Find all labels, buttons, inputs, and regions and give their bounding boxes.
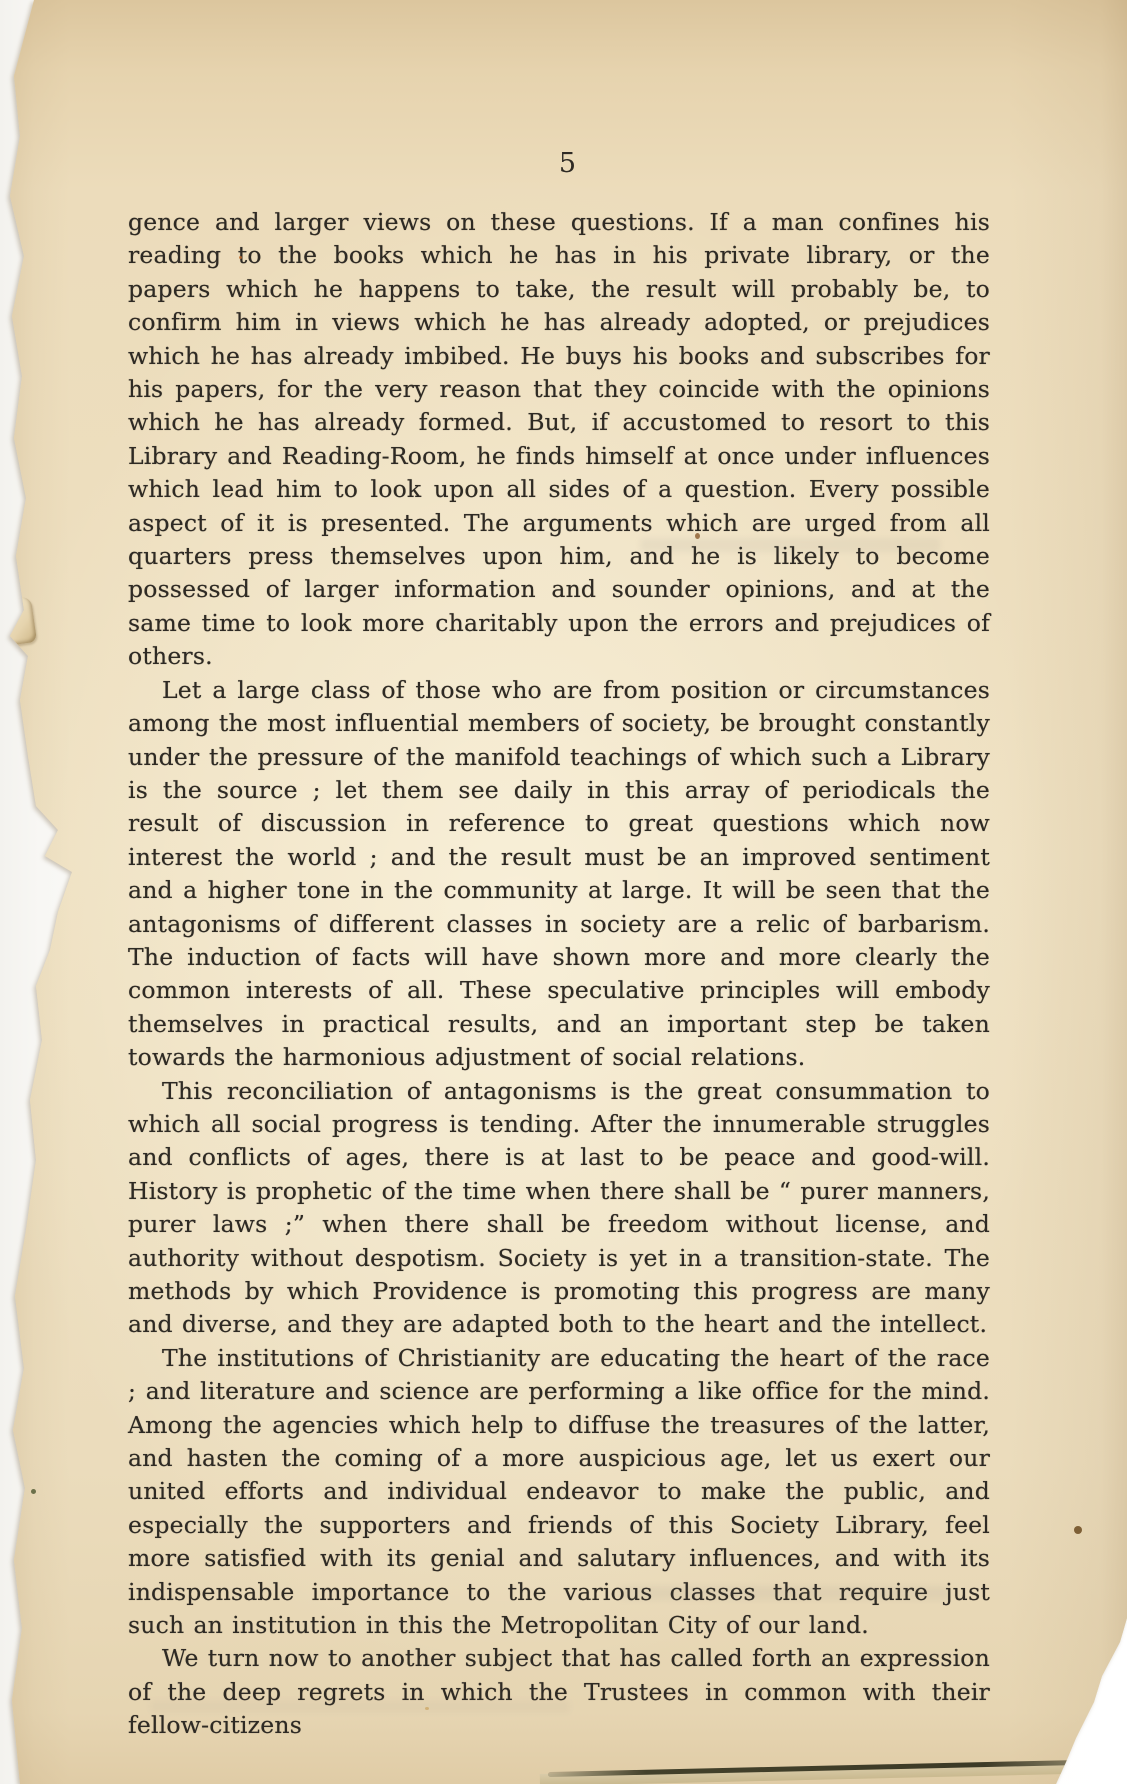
stain-speck — [239, 256, 242, 259]
ink-showthrough — [620, 1586, 950, 1600]
book-page-wrapper: 5 gence and larger views on these questi… — [0, 0, 1127, 1784]
ink-showthrough — [150, 1700, 570, 1713]
paragraph-2: Let a large class of those who are from … — [128, 674, 990, 1075]
paragraph-3: This reconciliation of antagonisms is th… — [128, 1075, 990, 1342]
stain-speck — [31, 1489, 36, 1494]
paragraph-1: gence and larger views on these question… — [128, 206, 990, 674]
stain-speck — [425, 1707, 429, 1710]
stain-speck — [1074, 1526, 1082, 1534]
page-number: 5 — [128, 148, 1008, 179]
paper-fold — [1, 596, 37, 646]
book-page: 5 gence and larger views on these questi… — [0, 0, 1127, 1784]
page-text: gence and larger views on these question… — [128, 206, 990, 1743]
stain-speck — [695, 533, 700, 539]
paragraph-5: We turn now to another subject that has … — [128, 1642, 990, 1742]
ink-showthrough — [640, 538, 940, 552]
